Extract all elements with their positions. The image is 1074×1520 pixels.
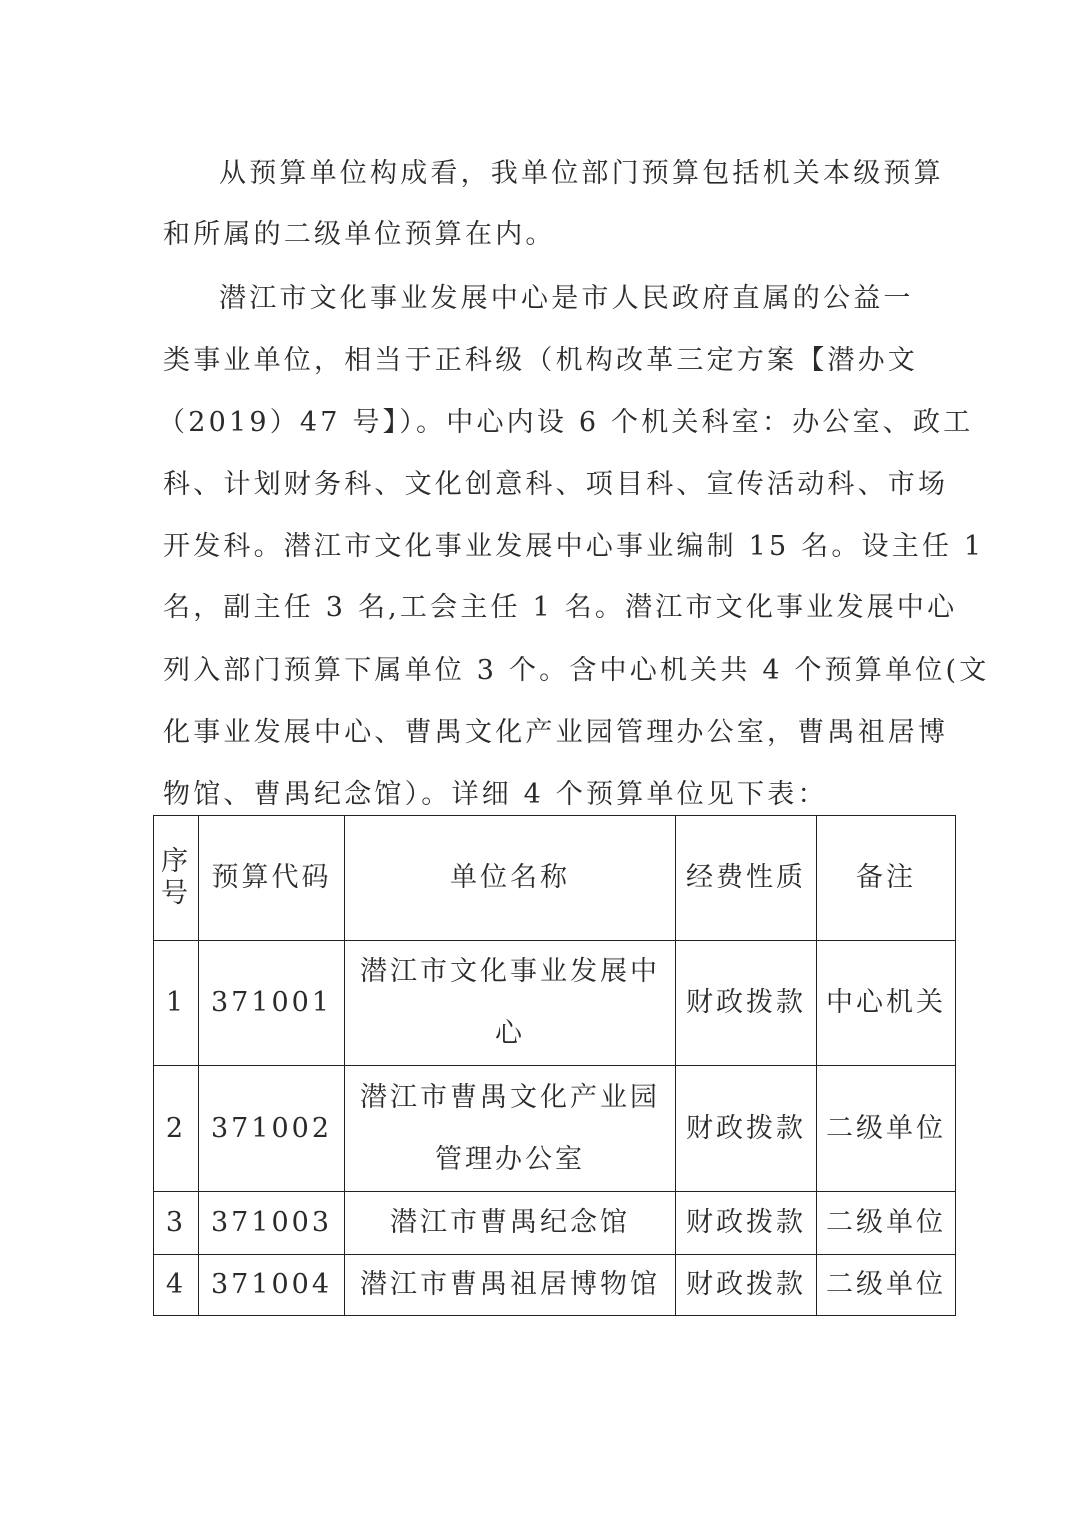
header-seq-line2: 号 bbox=[154, 878, 198, 910]
paragraph-line: （2019）47 号】）。中心内设 6 个机关科室：办公室、政工 bbox=[158, 407, 918, 439]
cell-code: 371001 bbox=[199, 941, 345, 1066]
cell-funding: 财政拨款 bbox=[676, 1255, 817, 1316]
cell-funding: 财政拨款 bbox=[676, 941, 817, 1066]
header-funding: 经费性质 bbox=[676, 816, 817, 941]
table-row: 2 371002 潜江市曹禺文化产业园管理办公室 财政拨款 二级单位 bbox=[154, 1066, 956, 1192]
paragraph-line: 名，副主任 3 名,工会主任 1 名。潜江市文化事业发展中心 bbox=[163, 592, 923, 624]
table-row: 3 371003 潜江市曹禺纪念馆 财政拨款 二级单位 bbox=[154, 1192, 956, 1255]
paragraph-line: 类事业单位，相当于正科级（机构改革三定方案【潜办文 bbox=[163, 345, 923, 377]
cell-code: 371002 bbox=[199, 1066, 345, 1192]
paragraph-line: 化事业发展中心、曹禺文化产业园管理办公室，曹禺祖居博 bbox=[163, 717, 923, 749]
cell-seq: 4 bbox=[154, 1255, 199, 1316]
cell-remark: 二级单位 bbox=[817, 1192, 956, 1255]
paragraph-line: 和所属的二级单位预算在内。 bbox=[163, 219, 923, 251]
cell-name: 潜江市曹禺文化产业园管理办公室 bbox=[345, 1066, 676, 1192]
header-seq: 序 号 bbox=[154, 816, 199, 941]
cell-seq: 1 bbox=[154, 941, 199, 1066]
table-header-row: 序 号 预算代码 单位名称 经费性质 备注 bbox=[154, 816, 956, 941]
cell-seq: 3 bbox=[154, 1192, 199, 1255]
paragraph-line: 科、计划财务科、文化创意科、项目科、宣传活动科、市场 bbox=[163, 469, 923, 501]
cell-code: 371004 bbox=[199, 1255, 345, 1316]
table-row: 4 371004 潜江市曹禺祖居博物馆 财政拨款 二级单位 bbox=[154, 1255, 956, 1316]
header-code: 预算代码 bbox=[199, 816, 345, 941]
paragraph-line: 物馆、曹禺纪念馆）。详细 4 个预算单位见下表： bbox=[163, 779, 923, 811]
cell-remark: 二级单位 bbox=[817, 1066, 956, 1192]
cell-name: 潜江市曹禺祖居博物馆 bbox=[345, 1255, 676, 1316]
cell-code: 371003 bbox=[199, 1192, 345, 1255]
cell-name: 潜江市曹禺纪念馆 bbox=[345, 1192, 676, 1255]
cell-remark: 二级单位 bbox=[817, 1255, 956, 1316]
paragraph-line: 从预算单位构成看，我单位部门预算包括机关本级预算 bbox=[219, 158, 923, 190]
cell-remark: 中心机关 bbox=[817, 941, 956, 1066]
paragraph-line: 潜江市文化事业发展中心是市人民政府直属的公益一 bbox=[219, 283, 923, 315]
header-remark: 备注 bbox=[817, 816, 956, 941]
cell-name: 潜江市文化事业发展中心 bbox=[345, 941, 676, 1066]
paragraph-line: 列入部门预算下属单位 3 个。含中心机关共 4 个预算单位(文 bbox=[163, 655, 923, 687]
cell-name-text: 潜江市曹禺文化产业园管理办公室 bbox=[360, 1067, 660, 1191]
table-row: 1 371001 潜江市文化事业发展中心 财政拨款 中心机关 bbox=[154, 941, 956, 1066]
cell-name-text: 潜江市文化事业发展中心 bbox=[360, 941, 660, 1065]
cell-funding: 财政拨款 bbox=[676, 1066, 817, 1192]
cell-funding: 财政拨款 bbox=[676, 1192, 817, 1255]
cell-seq: 2 bbox=[154, 1066, 199, 1192]
budget-units-table: 序 号 预算代码 单位名称 经费性质 备注 1 371001 潜江市文化事业发展… bbox=[153, 815, 956, 1316]
header-name: 单位名称 bbox=[345, 816, 676, 941]
header-seq-line1: 序 bbox=[154, 846, 198, 878]
paragraph-line: 开发科。潜江市文化事业发展中心事业编制 15 名。设主任 1 bbox=[163, 531, 923, 563]
